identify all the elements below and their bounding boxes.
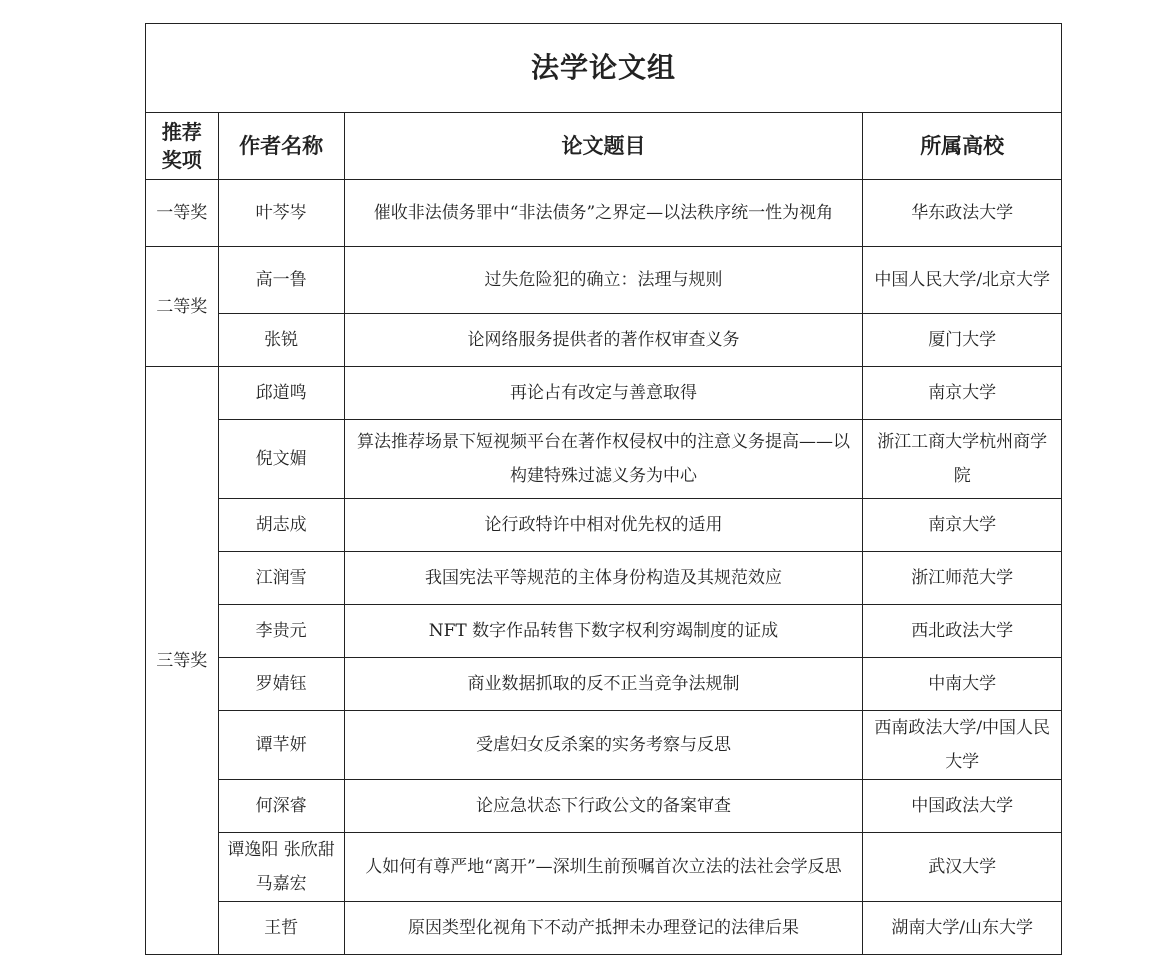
table-row: 李贵元 NFT 数字作品转售下数字权利穷竭制度的证成 西北政法大学 <box>146 605 1062 658</box>
school-cell: 浙江师范大学 <box>863 552 1062 605</box>
header-author: 作者名称 <box>218 113 344 180</box>
author-cell: 何深睿 <box>218 780 344 833</box>
paper-cell: 商业数据抓取的反不正当竞争法规制 <box>344 658 863 711</box>
table-row: 张锐 论网络服务提供者的著作权审查义务 厦门大学 <box>146 314 1062 367</box>
school-cell: 厦门大学 <box>863 314 1062 367</box>
paper-cell: 过失危险犯的确立：法理与规则 <box>344 247 863 314</box>
award-table: 法学论文组 推荐奖项 作者名称 论文题目 所属高校 一等奖 叶芩岑 催收非法债务… <box>145 23 1062 955</box>
school-cell: 西南政法大学/中国人民大学 <box>863 711 1062 780</box>
author-cell: 张锐 <box>218 314 344 367</box>
award-first: 一等奖 <box>146 180 219 247</box>
paper-cell: 催收非法债务罪中“非法债务”之界定—以法秩序统一性为视角 <box>344 180 863 247</box>
table-row: 谭芊妍 受虐妇女反杀案的实务考察与反思 西南政法大学/中国人民大学 <box>146 711 1062 780</box>
header-school: 所属高校 <box>863 113 1062 180</box>
author-cell: 高一鲁 <box>218 247 344 314</box>
author-cell: 胡志成 <box>218 499 344 552</box>
school-cell: 中国政法大学 <box>863 780 1062 833</box>
author-cell: 谭芊妍 <box>218 711 344 780</box>
table-row: 罗婧钰 商业数据抓取的反不正当竞争法规制 中南大学 <box>146 658 1062 711</box>
table-title: 法学论文组 <box>146 24 1062 113</box>
author-cell: 倪文媚 <box>218 420 344 499</box>
header-paper: 论文题目 <box>344 113 863 180</box>
author-cell: 江润雪 <box>218 552 344 605</box>
school-cell: 武汉大学 <box>863 833 1062 902</box>
school-cell: 西北政法大学 <box>863 605 1062 658</box>
school-cell: 南京大学 <box>863 499 1062 552</box>
table-row: 江润雪 我国宪法平等规范的主体身份构造及其规范效应 浙江师范大学 <box>146 552 1062 605</box>
table-row: 何深睿 论应急状态下行政公文的备案审查 中国政法大学 <box>146 780 1062 833</box>
author-cell: 邱道鸣 <box>218 367 344 420</box>
table-row: 三等奖 邱道鸣 再论占有改定与善意取得 南京大学 <box>146 367 1062 420</box>
table-row: 二等奖 高一鲁 过失危险犯的确立：法理与规则 中国人民大学/北京大学 <box>146 247 1062 314</box>
header-row: 推荐奖项 作者名称 论文题目 所属高校 <box>146 113 1062 180</box>
award-second: 二等奖 <box>146 247 219 367</box>
table-row: 一等奖 叶芩岑 催收非法债务罪中“非法债务”之界定—以法秩序统一性为视角 华东政… <box>146 180 1062 247</box>
table-row: 胡志成 论行政特许中相对优先权的适用 南京大学 <box>146 499 1062 552</box>
table-row: 王哲 原因类型化视角下不动产抵押未办理登记的法律后果 湖南大学/山东大学 <box>146 902 1062 955</box>
paper-cell: 再论占有改定与善意取得 <box>344 367 863 420</box>
school-cell: 湖南大学/山东大学 <box>863 902 1062 955</box>
table-row: 谭逸阳 张欣甜 马嘉宏 人如何有尊严地“离开”—深圳生前预嘱首次立法的法社会学反… <box>146 833 1062 902</box>
school-cell: 华东政法大学 <box>863 180 1062 247</box>
school-cell: 浙江工商大学杭州商学院 <box>863 420 1062 499</box>
header-award: 推荐奖项 <box>146 113 219 180</box>
paper-cell: 原因类型化视角下不动产抵押未办理登记的法律后果 <box>344 902 863 955</box>
paper-cell: 受虐妇女反杀案的实务考察与反思 <box>344 711 863 780</box>
paper-cell: NFT 数字作品转售下数字权利穷竭制度的证成 <box>344 605 863 658</box>
paper-cell: 算法推荐场景下短视频平台在著作权侵权中的注意义务提高——以构建特殊过滤义务为中心 <box>344 420 863 499</box>
award-third: 三等奖 <box>146 367 219 955</box>
author-cell: 叶芩岑 <box>218 180 344 247</box>
paper-cell: 论行政特许中相对优先权的适用 <box>344 499 863 552</box>
paper-cell: 人如何有尊严地“离开”—深圳生前预嘱首次立法的法社会学反思 <box>344 833 863 902</box>
paper-cell: 论网络服务提供者的著作权审查义务 <box>344 314 863 367</box>
table-row: 倪文媚 算法推荐场景下短视频平台在著作权侵权中的注意义务提高——以构建特殊过滤义… <box>146 420 1062 499</box>
author-cell: 谭逸阳 张欣甜 马嘉宏 <box>218 833 344 902</box>
school-cell: 中南大学 <box>863 658 1062 711</box>
school-cell: 中国人民大学/北京大学 <box>863 247 1062 314</box>
author-cell: 王哲 <box>218 902 344 955</box>
author-cell: 李贵元 <box>218 605 344 658</box>
paper-cell: 论应急状态下行政公文的备案审查 <box>344 780 863 833</box>
author-cell: 罗婧钰 <box>218 658 344 711</box>
paper-cell: 我国宪法平等规范的主体身份构造及其规范效应 <box>344 552 863 605</box>
school-cell: 南京大学 <box>863 367 1062 420</box>
